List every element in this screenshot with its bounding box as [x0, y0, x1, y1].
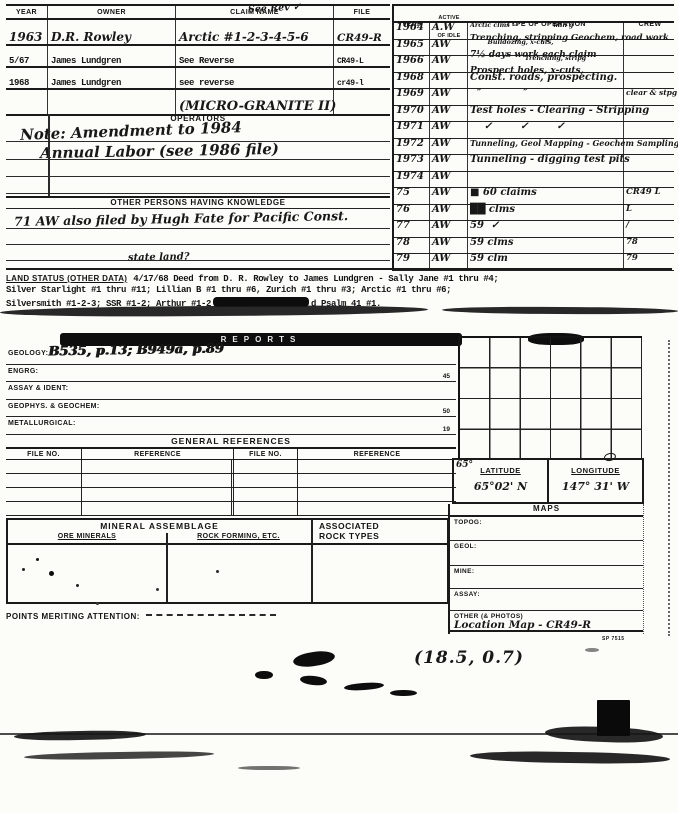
- activity-row: 1974 AW: [394, 172, 674, 189]
- card-edge-perforation: [668, 340, 670, 636]
- rule-line: [6, 244, 390, 245]
- ink-blot: [255, 671, 273, 679]
- associated-rock-types-label: ASSOCIATED ROCK TYPES: [319, 521, 379, 541]
- activity-year: 1974: [394, 172, 430, 188]
- year-cell: 1968: [6, 68, 48, 88]
- activity-row: 1973 AW Tunneling - digging test pits: [394, 155, 674, 172]
- owner-cell: [48, 90, 176, 114]
- margin-number: 45: [443, 373, 450, 380]
- activity-row: 78 AW 59 clms 78: [394, 238, 674, 255]
- report-row-geophys: GEOPHYS. & GEOCHEM: 50: [6, 400, 456, 418]
- ore-minerals-label: ORE MINERALS: [8, 533, 166, 540]
- activity-status: AW: [430, 122, 468, 138]
- year-cell: 1963: [6, 20, 48, 44]
- circled-mark: [603, 452, 616, 462]
- column-rule: [48, 114, 50, 196]
- col-year-label: YEAR: [6, 6, 48, 18]
- other-maps-entry: Location Map - CR49-R: [454, 619, 591, 631]
- ink-smear: [238, 766, 300, 770]
- ownership-row: 5/67 James Lundgren See Reverse CR49-L: [6, 46, 390, 68]
- margin-number: 19: [443, 426, 450, 433]
- claim-cell: (MICRO-GRANITE II): [176, 90, 334, 114]
- latitude-value: 65°02' N: [454, 480, 547, 493]
- activity-year: 78: [394, 238, 430, 254]
- longitude-value: 147° 31' W: [549, 480, 642, 493]
- activity-year: 1970: [394, 106, 430, 122]
- rule-line: [6, 228, 390, 229]
- ink-blot: [390, 690, 417, 696]
- claim-cell: see reverse: [176, 68, 334, 88]
- map-row-assay: ASSAY:: [450, 589, 643, 611]
- activity-operation: Tunneling - digging test pits: [468, 155, 624, 171]
- activity-status: AW: [430, 139, 468, 155]
- col-owner-label: OWNER: [48, 6, 176, 18]
- activity-crew: [624, 155, 676, 171]
- activity-crew: [624, 122, 676, 138]
- ink-block: [597, 700, 630, 736]
- activity-row: 1971 AW ✓ ✓ ✓: [394, 122, 674, 139]
- activity-year: 1969: [394, 89, 430, 105]
- activity-year: 1973: [394, 155, 430, 171]
- latitude-label: LATITUDE: [480, 466, 521, 475]
- year-cell: 5/67: [6, 46, 48, 66]
- ownership-table: YEAR OWNER CLAIM NAME FILE 1963 D.R. Row…: [6, 4, 390, 116]
- owner-cell: James Lundgren: [48, 68, 176, 88]
- other-persons-note: 71 AW also filed by Hugh Fate for Pacifi…: [14, 208, 348, 229]
- activity-status: AW: [430, 188, 468, 204]
- activity-operation: Tunneling, Geol Mapping - Geochem Sampli…: [468, 139, 624, 155]
- claim-cell: Arctic #1-2-3-4-5-6: [176, 20, 334, 44]
- activity-row: 75 AW ■ 60 claims CR49 L: [394, 188, 674, 205]
- column-rule: [166, 533, 168, 602]
- activity-operation: ■ 60 claims: [468, 188, 624, 204]
- activity-operation: ██ clms: [468, 205, 624, 221]
- activity-year: 1971: [394, 122, 430, 138]
- other-persons-section: OTHER PERSONS HAVING KNOWLEDGE 71 AW als…: [6, 196, 390, 264]
- state-land-annotation: state land?: [128, 251, 190, 263]
- report-row-metallurgical: METALLURGICAL: 19: [6, 417, 456, 435]
- ownership-row: 1968 James Lundgren see reverse cr49-l: [6, 68, 390, 90]
- longitude-cell: LONGITUDE 147° 31' W: [549, 460, 642, 502]
- land-status-section: LAND STATUS (OTHER DATA)4/17/68 Deed fro…: [6, 268, 672, 310]
- activity-status: AW: [430, 106, 468, 122]
- map-row-geol: GEOL:: [450, 541, 643, 566]
- margin-number: 50: [443, 408, 450, 415]
- activity-operation: 59 ✓: [468, 221, 624, 237]
- activity-year: 77: [394, 221, 430, 237]
- activity-row: 1969 AW ″ ″ clear & stpg: [394, 89, 674, 106]
- reference-row: [6, 460, 456, 474]
- maps-title: MAPS: [450, 504, 643, 517]
- activity-status: AW: [430, 205, 468, 221]
- reference-row: [6, 502, 456, 516]
- ownership-row: (MICRO-GRANITE II): [6, 90, 390, 116]
- activity-crew: [624, 172, 676, 188]
- rule-line: [6, 176, 390, 177]
- activity-operation: Test holes - Clearing - Stripping: [468, 106, 624, 122]
- ink-smear: [470, 750, 670, 764]
- latitude-prefix: 65°: [456, 460, 473, 470]
- general-references-header: FILE NO. REFERENCE FILE NO. REFERENCE: [6, 447, 456, 460]
- dashed-rule: [146, 614, 276, 616]
- rule-line: [6, 260, 390, 261]
- rock-forming-label: ROCK FORMING, ETC.: [166, 533, 311, 540]
- map-row-other: OTHER (& PHOTOS) Location Map - CR49-R: [450, 611, 643, 632]
- activity-crew: clear & stpg: [624, 89, 676, 105]
- activity-status: AW: [430, 73, 468, 89]
- ink-smear: [14, 730, 146, 741]
- activity-status: AW: [430, 238, 468, 254]
- reference-row: [6, 474, 456, 488]
- activity-crew: [624, 139, 676, 155]
- activity-row: 1965 AW Bulldozing, x-cuts,7½ days work …: [394, 40, 674, 57]
- mineral-assemblage-header: MINERAL ASSEMBLAGE ORE MINERALS ROCK FOR…: [8, 520, 447, 545]
- owner-cell: James Lundgren: [48, 46, 176, 66]
- reports-section: GEOLOGY: B535, p.13; B949a, p.89 ENGRG: …: [6, 347, 456, 435]
- activity-crew: ∕: [624, 221, 676, 237]
- activity-table-header: YEAR ACTIVE OF IDLE TYPE OF OPERATION CR…: [394, 6, 674, 23]
- activity-operation: Const. roads, prospecting.: [468, 73, 624, 89]
- report-row-geology: GEOLOGY: B535, p.13; B949a, p.89: [6, 347, 456, 365]
- mineral-assemblage-section: MINERAL ASSEMBLAGE ORE MINERALS ROCK FOR…: [6, 518, 449, 604]
- ink-blot: [585, 648, 599, 652]
- activity-row: 76 AW ██ clms L: [394, 205, 674, 222]
- activity-operation: ✓ ✓ ✓: [468, 122, 624, 138]
- general-references-section: GENERAL REFERENCES FILE NO. REFERENCE FI…: [6, 436, 456, 516]
- general-references-title: GENERAL REFERENCES: [6, 436, 456, 447]
- activity-year: 76: [394, 205, 430, 221]
- activity-operation: [468, 172, 624, 188]
- column-rule: [311, 520, 313, 602]
- activity-year: 1968: [394, 73, 430, 89]
- land-status-label: LAND STATUS (OTHER DATA): [6, 274, 127, 283]
- latitude-cell: 65° LATITUDE 65°02' N: [454, 460, 549, 502]
- activity-status: AW: [430, 89, 468, 105]
- coordinates-box: 65° LATITUDE 65°02' N LONGITUDE 147° 31'…: [452, 458, 644, 504]
- map-row-mine: MINE:: [450, 566, 643, 589]
- report-row-assay: ASSAY & IDENT:: [6, 382, 456, 400]
- blank-grid: [458, 336, 642, 458]
- scan-specks: [36, 558, 39, 561]
- year-cell: [6, 90, 48, 114]
- coordinate-annotation: (18.5, 0.7): [414, 648, 524, 668]
- ink-blot: [300, 675, 328, 687]
- ownership-row: 1963 D.R. Rowley Arctic #1-2-3-4-5-6 CR4…: [6, 20, 390, 46]
- claim-cell: See Reverse: [176, 46, 334, 66]
- longitude-label: LONGITUDE: [571, 466, 620, 475]
- map-row-topog: TOPOG:: [450, 517, 643, 541]
- activity-crew: CR49 L: [624, 188, 676, 204]
- file-cell: cr49-l: [334, 68, 390, 88]
- activity-row: 1966 AW Trenching, stripgProspect holes,…: [394, 56, 674, 73]
- maps-section: MAPS TOPOG: GEOL: MINE: ASSAY: OTHER (& …: [448, 504, 644, 634]
- scanned-mining-claim-card: YEAR OWNER CLAIM NAME FILE 1963 D.R. Row…: [0, 0, 678, 813]
- activity-table: YEAR ACTIVE OF IDLE TYPE OF OPERATION CR…: [392, 4, 674, 271]
- land-status-line2: Silver Starlight #1 thru #11; Lillian B …: [6, 285, 672, 296]
- file-cell: CR49-L: [334, 46, 390, 66]
- activity-operation: ″ ″: [468, 89, 624, 105]
- ink-blot: [344, 682, 384, 692]
- land-status-line1: LAND STATUS (OTHER DATA)4/17/68 Deed fro…: [6, 271, 672, 285]
- rule-line: [6, 193, 390, 194]
- activity-status: AW: [430, 172, 468, 188]
- form-number: SP 7515: [602, 636, 625, 642]
- geology-entry: B535, p.13; B949a, p.89: [48, 341, 224, 359]
- reference-row: [6, 488, 456, 502]
- activity-row: 1968 AW Const. roads, prospecting.: [394, 73, 674, 90]
- mineral-assemblage-title: MINERAL ASSEMBLAGE: [8, 521, 311, 531]
- points-meriting-attention: POINTS MERITING ATTENTION:: [6, 606, 276, 624]
- ownership-table-header: YEAR OWNER CLAIM NAME FILE: [6, 6, 390, 20]
- activity-year: 1972: [394, 139, 430, 155]
- operators-section: OPERATORS Note: Amendment to 1984 Annual…: [6, 114, 390, 196]
- activity-crew: [624, 106, 676, 122]
- points-label: POINTS MERITING ATTENTION:: [6, 612, 140, 621]
- activity-row: 1964 A.W Arctic clms — min'gTrenching, s…: [394, 23, 674, 40]
- activity-row: 1972 AW Tunneling, Geol Mapping - Geoche…: [394, 139, 674, 156]
- activity-year: 75: [394, 188, 430, 204]
- file-cell: [334, 90, 390, 114]
- activity-operation: 59 clms: [468, 238, 624, 254]
- activity-crew: [624, 73, 676, 89]
- activity-crew: L: [624, 205, 676, 221]
- activity-status: AW: [430, 221, 468, 237]
- rule-line: [6, 159, 390, 160]
- file-cell: CR49-R: [334, 20, 390, 44]
- activity-status: AW: [430, 155, 468, 171]
- ink-smear: [24, 750, 214, 760]
- rule-line: [6, 141, 390, 142]
- activity-crew: 78: [624, 238, 676, 254]
- activity-row: 77 AW 59 ✓ ∕: [394, 221, 674, 238]
- activity-row: 1970 AW Test holes - Clearing - Strippin…: [394, 106, 674, 123]
- col-file-label: FILE: [334, 6, 390, 18]
- ink-smear: [442, 306, 678, 314]
- ink-blot: [292, 649, 336, 669]
- report-row-engrg: ENGRG: 45: [6, 365, 456, 383]
- owner-cell: D.R. Rowley: [48, 20, 176, 44]
